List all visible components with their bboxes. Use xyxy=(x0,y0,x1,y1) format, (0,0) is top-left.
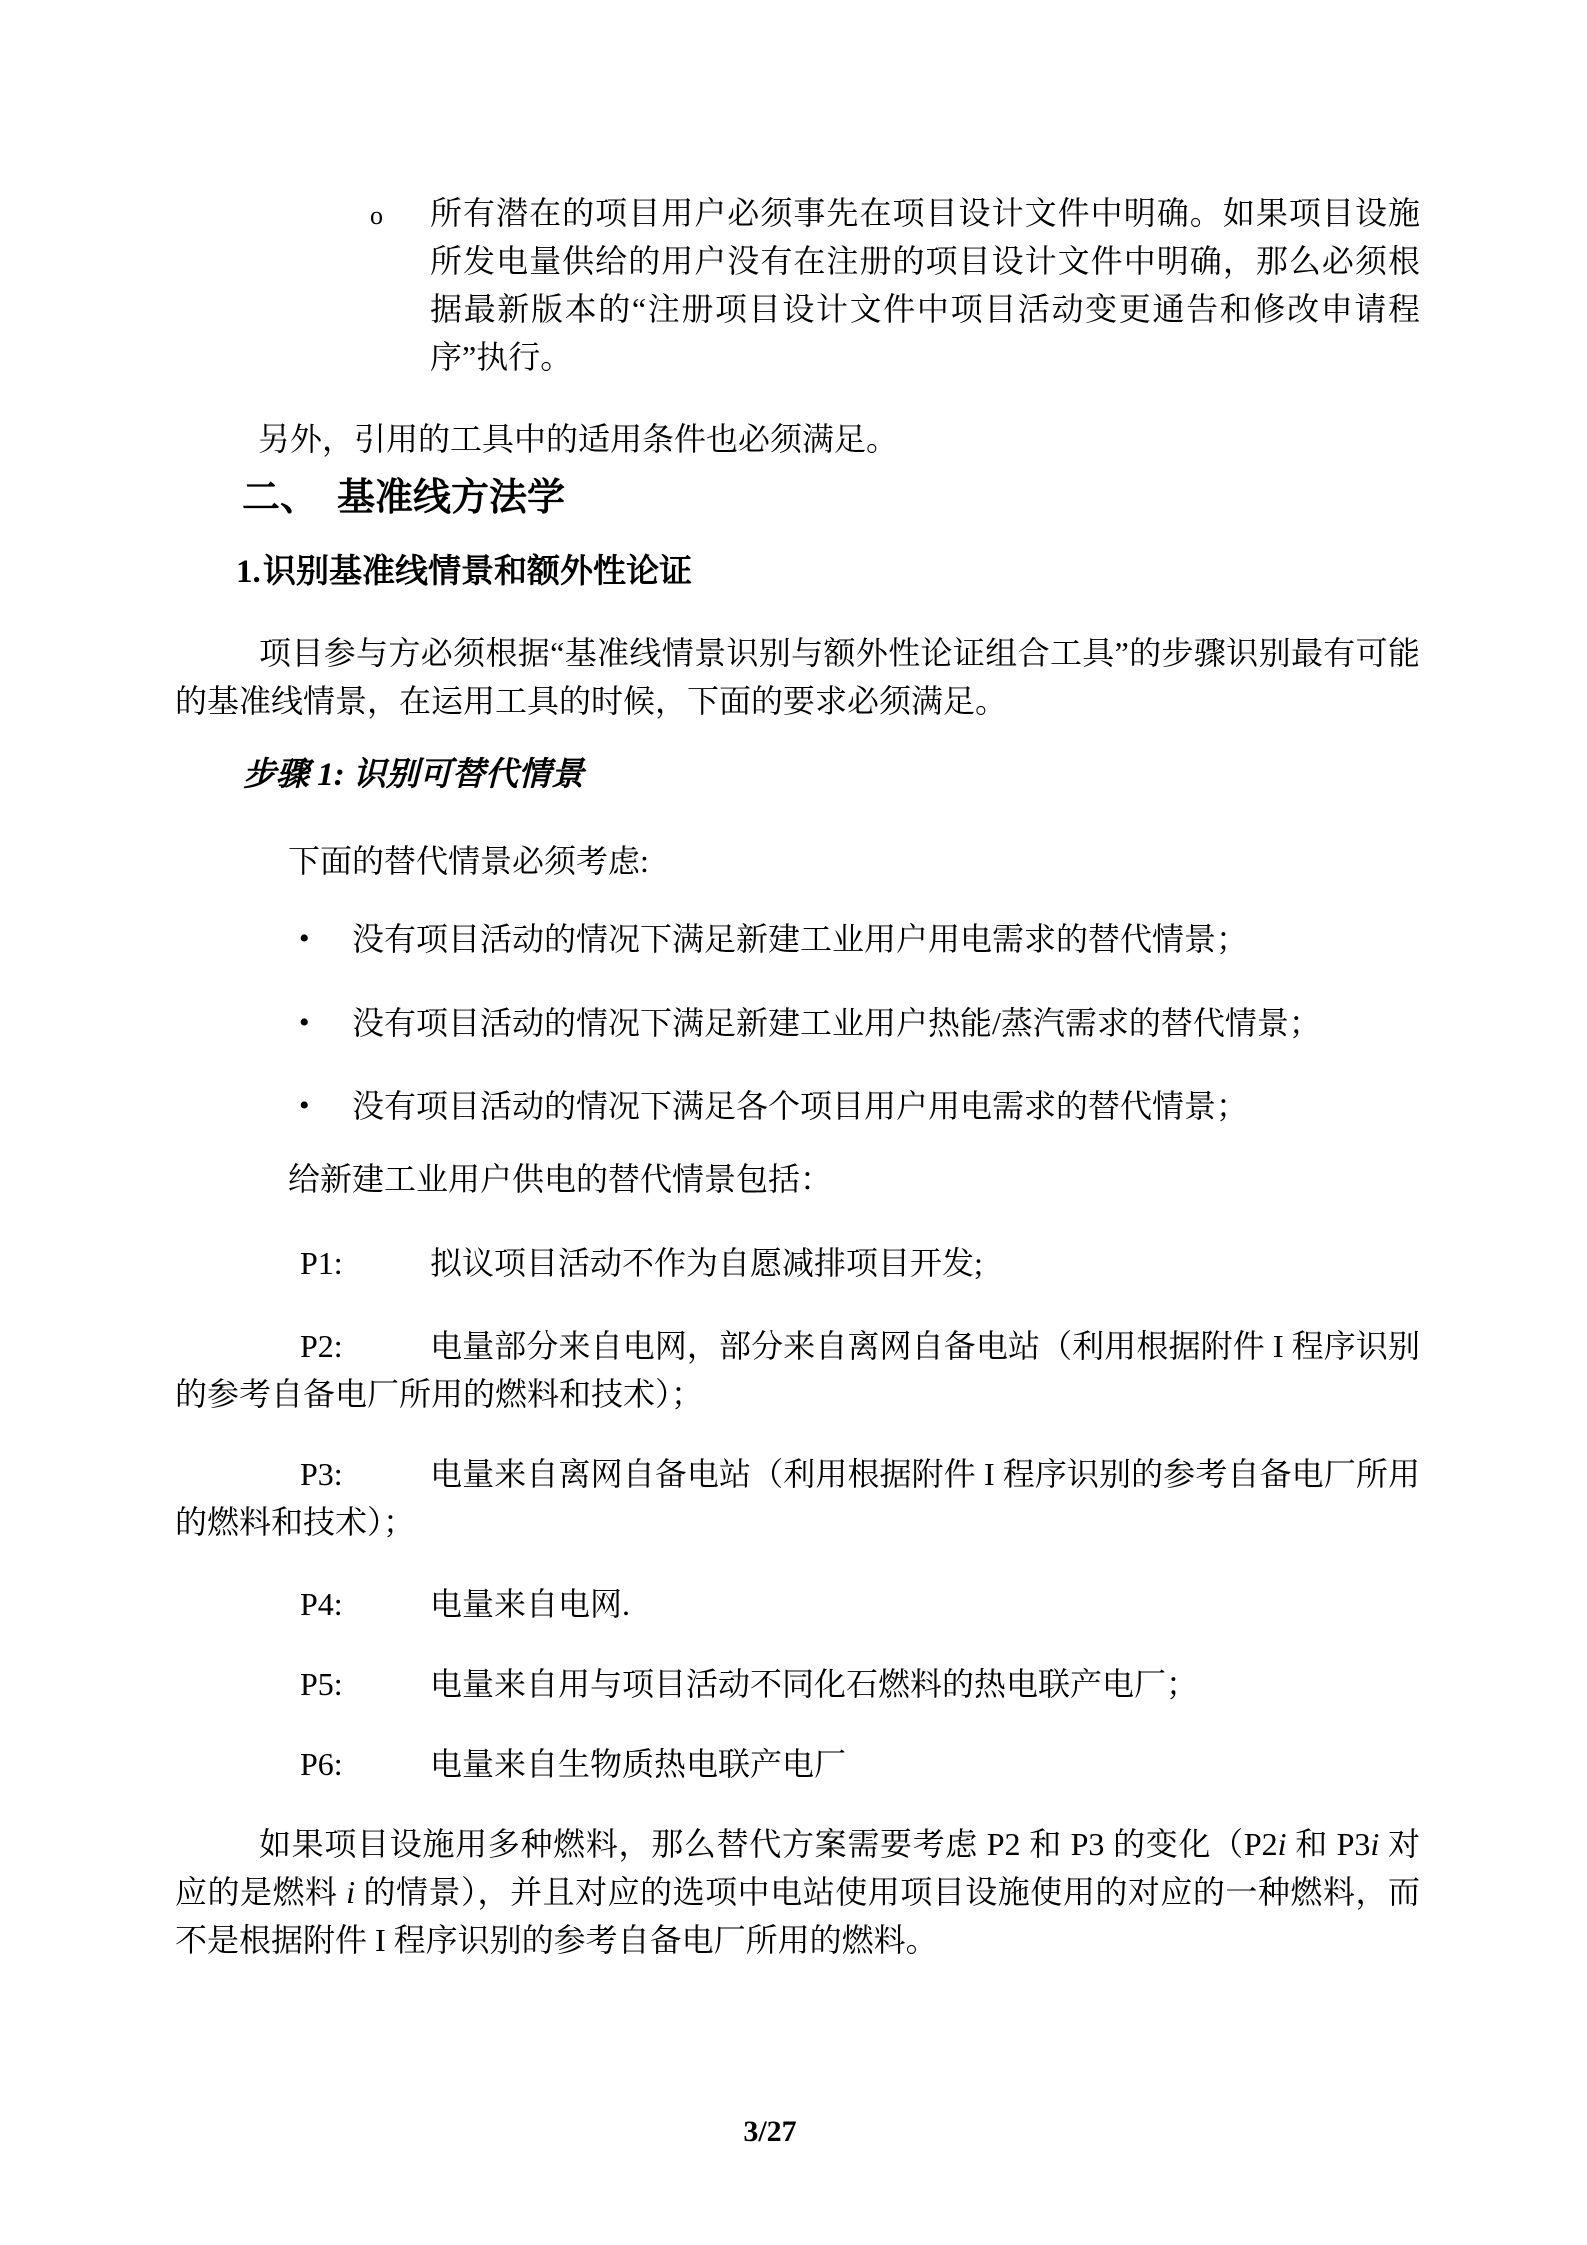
scenario-item-p6: P6:电量来自生物质热电联产电厂 xyxy=(175,1740,1420,1788)
scenario-label: P5: xyxy=(300,1660,430,1708)
scenario-label: P2: xyxy=(300,1322,430,1370)
scenario-label: P3: xyxy=(300,1450,430,1498)
scenario-text: 电量来自生物质热电联产电厂 xyxy=(430,1746,846,1782)
scenario-item-p4: P4:电量来自电网. xyxy=(175,1580,1420,1628)
subsection-heading: 1.识别基准线情景和额外性论证 xyxy=(236,547,692,597)
section-number: 二、 xyxy=(242,472,337,524)
sub-bullet-paragraph: 所有潜在的项目用户必须事先在项目设计文件中明确。如果项目设施所发电量供给的用户没… xyxy=(430,189,1420,381)
bullet-icon: • xyxy=(299,915,310,963)
document-page: o 所有潜在的项目用户必须事先在项目设计文件中明确。如果项目设施所发电量供给的用… xyxy=(0,0,1587,2245)
closing-text: 和 P3 xyxy=(1287,1826,1371,1862)
scenario-item-p3: P3:电量来自离网自备电站（利用根据附件 I 程序识别的参考自备电厂所用的燃料和… xyxy=(175,1450,1420,1546)
fuel-index-variable: i xyxy=(1370,1826,1379,1862)
bullet-icon: • xyxy=(299,1082,310,1130)
subsection-title: 识别基准线情景和额外性论证 xyxy=(263,554,692,590)
scenario-label: P6: xyxy=(300,1740,430,1788)
scenario-text: 电量来自用与项目活动不同化石燃料的热电联产电厂； xyxy=(430,1666,1198,1702)
note-paragraph: 另外，引用的工具中的适用条件也必须满足。 xyxy=(258,415,1458,463)
fuel-index-variable: i xyxy=(1278,1826,1287,1862)
section-heading: 二、基准线方法学 xyxy=(242,472,565,524)
bullet-item: 没有项目活动的情况下满足各个项目用户用电需求的替代情景； xyxy=(352,1082,1422,1130)
sub-bullet-marker: o xyxy=(370,196,383,236)
page-number: 3/27 xyxy=(0,2112,1540,2152)
scenario-item-p1: P1:拟议项目活动不作为自愿减排项目开发; xyxy=(175,1239,1420,1287)
scenario-text: 电量来自电网. xyxy=(430,1586,630,1622)
consider-lead: 下面的替代情景必须考虑: xyxy=(288,837,1428,885)
fuel-index-variable: i xyxy=(346,1874,355,1910)
scenario-text: 拟议项目活动不作为自愿减排项目开发; xyxy=(430,1245,983,1281)
subsection-number: 1. xyxy=(236,547,263,597)
bullet-item: 没有项目活动的情况下满足新建工业用户用电需求的替代情景； xyxy=(352,915,1422,963)
bullet-item: 没有项目活动的情况下满足新建工业用户热能/蒸汽需求的替代情景； xyxy=(352,999,1422,1047)
scenario-label: P4: xyxy=(300,1580,430,1628)
scenario-label: P1: xyxy=(300,1239,430,1287)
scenario-item-p2: P2:电量部分来自电网，部分来自离网自备电站（利用根据附件 I 程序识别的参考自… xyxy=(175,1322,1420,1418)
closing-text: 如果项目设施用多种燃料，那么替代方案需要考虑 P2 和 P3 的变化（P2 xyxy=(259,1826,1278,1862)
section-title: 基准线方法学 xyxy=(337,477,565,519)
scenario-item-p5: P5:电量来自用与项目活动不同化石燃料的热电联产电厂； xyxy=(175,1660,1420,1708)
bullet-icon: • xyxy=(299,999,310,1047)
intro-paragraph: 项目参与方必须根据“基准线情景识别与额外性论证组合工具”的步骤识别最有可能的基准… xyxy=(175,629,1420,725)
alternatives-lead: 给新建工业用户供电的替代情景包括： xyxy=(288,1155,1428,1203)
step-heading: 步骤 1: 识别可替代情景 xyxy=(243,750,584,800)
closing-text: 的情景），并且对应的选项中电站使用项目设施使用的对应的一种燃料，而不是根据附件 … xyxy=(175,1874,1420,1958)
closing-paragraph: 如果项目设施用多种燃料，那么替代方案需要考虑 P2 和 P3 的变化（P2i 和… xyxy=(175,1820,1420,1964)
